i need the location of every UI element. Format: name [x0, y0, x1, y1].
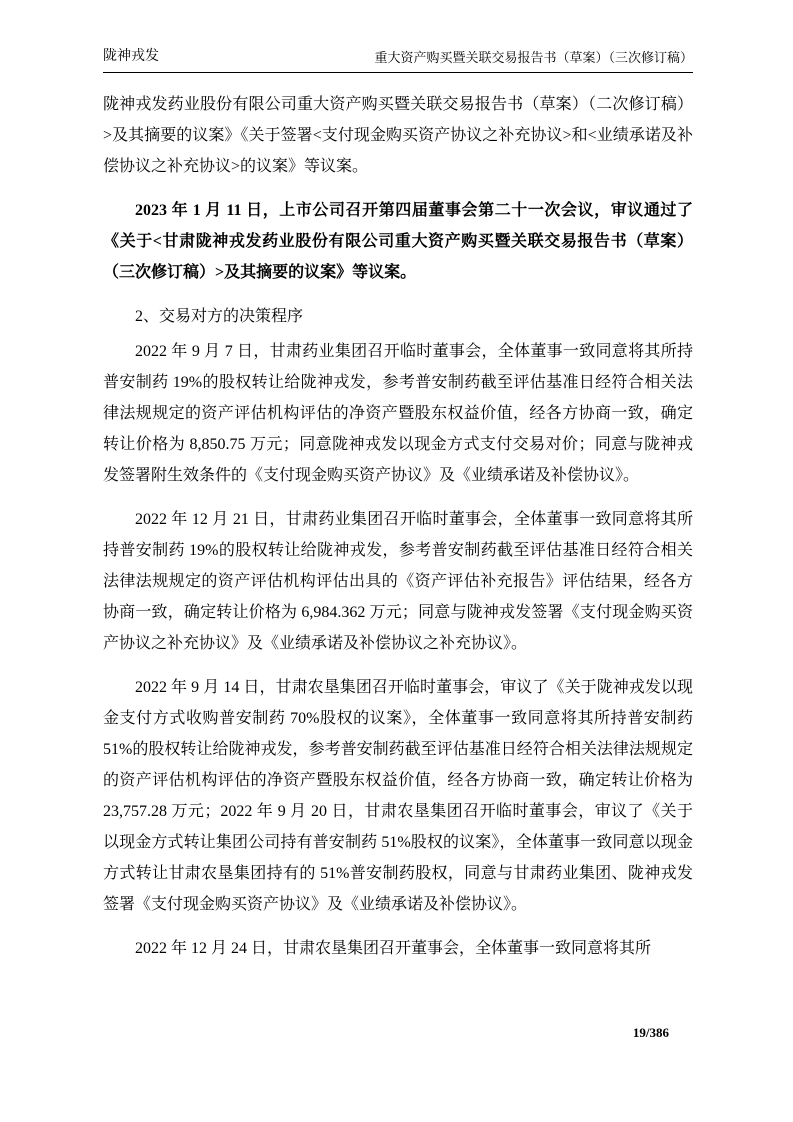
paragraph-gansu-pharma-2022-09-07: 2022 年 9 月 7 日，甘肃药业集团召开临时董事会，全体董事一致同意将其所…: [103, 336, 693, 491]
board-resolution-paragraph: 2023 年 1 月 11 日，上市公司召开第四届董事会第二十一次会议，审议通过…: [103, 195, 693, 288]
paragraph-gansu-pharma-2022-12-21: 2022 年 12 月 21 日，甘肃药业集团召开临时董事会，全体董事一致同意将…: [103, 504, 693, 659]
document-body: 陇神戎发药业股份有限公司重大资产购买暨关联交易报告书（草案）（二次修订稿）>及其…: [103, 89, 693, 977]
header-document-title: 重大资产购买暨关联交易报告书（草案）（三次修订稿）: [374, 49, 693, 66]
continued-paragraph: 陇神戎发药业股份有限公司重大资产购买暨关联交易报告书（草案）（二次修订稿）>及其…: [103, 89, 693, 182]
section-heading: 2、交易对方的决策程序: [103, 301, 693, 332]
document-page: 陇神戎发 重大资产购买暨关联交易报告书（草案）（三次修订稿） 陇神戎发药业股份有…: [0, 0, 793, 1122]
page-header: 陇神戎发 重大资产购买暨关联交易报告书（草案）（三次修订稿）: [103, 48, 693, 73]
page-number: 19/386: [633, 1025, 669, 1041]
header-company-name: 陇神戎发: [103, 48, 159, 66]
paragraph-gansu-nongken-2022-09-14: 2022 年 9 月 14 日，甘肃农垦集团召开临时董事会，审议了《关于陇神戎发…: [103, 672, 693, 920]
paragraph-gansu-nongken-2022-12-24: 2022 年 12 月 24 日，甘肃农垦集团召开董事会，全体董事一致同意将其所: [103, 933, 693, 964]
